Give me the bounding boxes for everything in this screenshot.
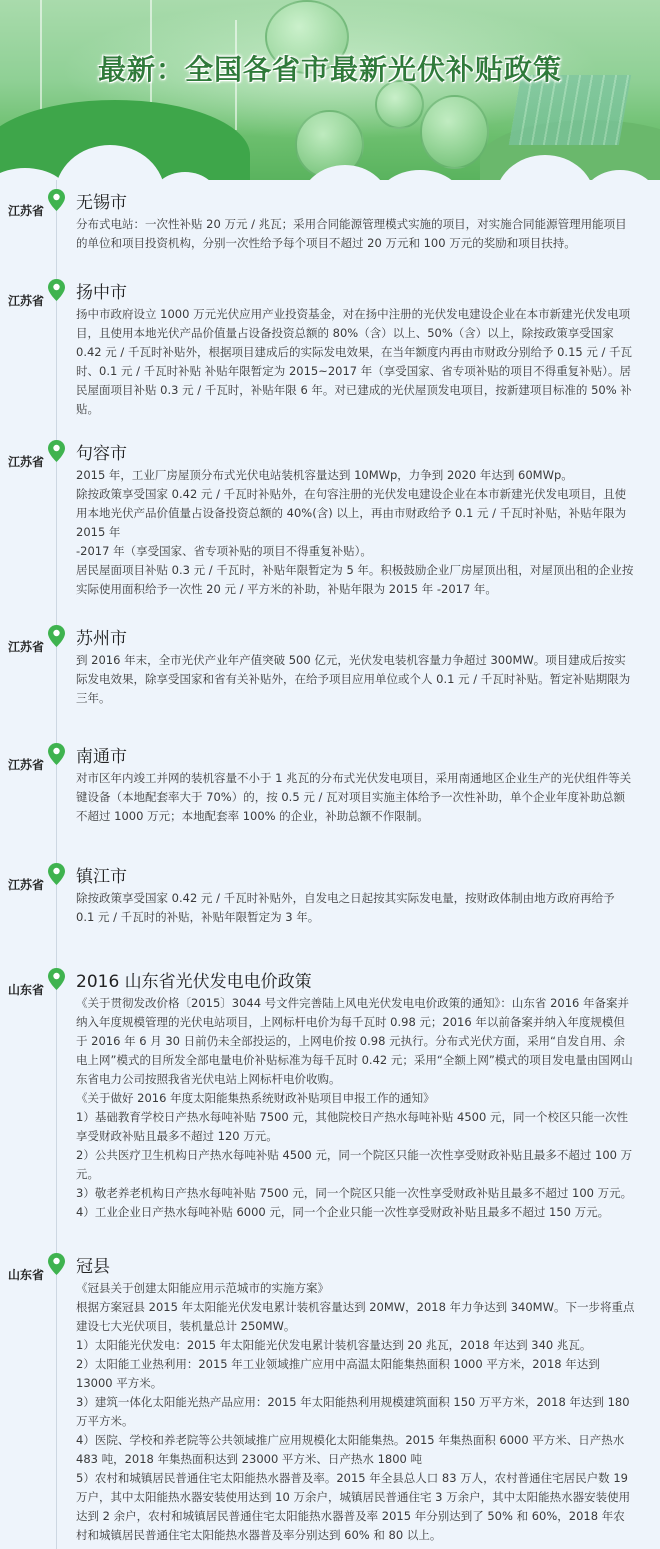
policy-paragraph: 2015 年，工业厂房屋顶分布式光伏电站装机容量达到 10MWp，力争到 202… <box>76 466 636 485</box>
policy-text: 分布式电站：一次性补贴 20 万元 / 兆瓦；采用合同能源管理模式实施的项目，对… <box>76 215 636 253</box>
policy-paragraph: 扬中市政府设立 1000 万元光伏应用产业投资基金，对在扬中注册的光伏发电建设企… <box>76 305 636 419</box>
policy-paragraph: 《关于做好 2016 年度太阳能集热系统财政补贴项目申报工作的通知》 <box>76 1089 636 1108</box>
city-title: 冠县 <box>76 1252 110 1277</box>
province-label: 江苏省 <box>8 638 44 655</box>
policy-paragraph: 《关于贯彻发改价格〔2015〕3044 号文件完善陆上风电光伏发电电价政策的通知… <box>76 994 636 1089</box>
province-label: 山东省 <box>8 1266 44 1283</box>
policy-text: 《关于贯彻发改价格〔2015〕3044 号文件完善陆上风电光伏发电电价政策的通知… <box>76 994 636 1222</box>
policy-paragraph: 2）公共医疗卫生机构日产热水每吨补贴 4500 元，同一个院区只能一次性享受财政… <box>76 1146 636 1184</box>
city-title: 扬中市 <box>76 278 127 303</box>
policy-paragraph: 5）农村和城镇居民普通住宅太阳能热水器普及率。2015 年全县总人口 83 万人… <box>76 1469 636 1545</box>
map-pin-icon <box>48 863 65 885</box>
cloud-border <box>0 140 660 180</box>
map-pin-icon <box>48 279 65 301</box>
map-pin-icon <box>48 625 65 647</box>
province-label: 江苏省 <box>8 756 44 773</box>
policy-text: 2015 年，工业厂房屋顶分布式光伏电站装机容量达到 10MWp，力争到 202… <box>76 466 636 599</box>
city-title: 无锡市 <box>76 188 127 213</box>
policy-text: 扬中市政府设立 1000 万元光伏应用产业投资基金，对在扬中注册的光伏发电建设企… <box>76 305 636 419</box>
province-label: 江苏省 <box>8 453 44 470</box>
city-title: 苏州市 <box>76 624 127 649</box>
policy-text: 除按政策享受国家 0.42 元 / 千瓦时补贴外，自发电之日起按其实际发电量，按… <box>76 889 636 927</box>
policy-paragraph: 居民屋面项目补贴 0.3 元 / 千瓦时，补贴年限暂定为 5 年。积极鼓励企业厂… <box>76 561 636 599</box>
province-label: 江苏省 <box>8 292 44 309</box>
page-title: 最新：全国各省市最新光伏补贴政策 <box>0 48 660 88</box>
policy-paragraph: 2）太阳能工业热利用：2015 年工业领域推广应用中高温太阳能集热面积 1000… <box>76 1355 636 1393</box>
map-pin-icon <box>48 440 65 462</box>
city-title: 南通市 <box>76 742 127 767</box>
policy-text: 到 2016 年末，全市光伏产业年产值突破 500 亿元，光伏发电装机容量力争超… <box>76 651 636 708</box>
map-pin-icon <box>48 1253 65 1275</box>
map-pin-icon <box>48 743 65 765</box>
policy-paragraph: 3）建筑一体化太阳能光热产品应用：2015 年太阳能热利用规模建筑面积 150 … <box>76 1393 636 1431</box>
policy-paragraph: 分布式电站：一次性补贴 20 万元 / 兆瓦；采用合同能源管理模式实施的项目，对… <box>76 215 636 253</box>
policy-paragraph: 除按政策享受国家 0.42 元 / 千瓦时补贴外，在句容注册的光伏发电建设企业在… <box>76 485 636 542</box>
policy-paragraph: 1）基础教育学校日产热水每吨补贴 7500 元，其他院校日产热水每吨补贴 450… <box>76 1108 636 1146</box>
policy-paragraph: 除按政策享受国家 0.42 元 / 千瓦时补贴外，自发电之日起按其实际发电量，按… <box>76 889 636 927</box>
policy-paragraph: 根据方案冠县 2015 年太阳能光伏发电累计装机容量达到 20MW，2018 年… <box>76 1298 636 1336</box>
policy-paragraph: 对市区年内竣工并网的装机容量不小于 1 兆瓦的分布式光伏发电项目，采用南通地区企… <box>76 769 636 826</box>
policy-paragraph: 1）太阳能光伏发电：2015 年太阳能光伏发电累计装机容量达到 20 兆瓦，20… <box>76 1336 636 1355</box>
header-banner: 最新：全国各省市最新光伏补贴政策 <box>0 0 660 180</box>
province-label: 江苏省 <box>8 876 44 893</box>
city-title: 句容市 <box>76 439 127 464</box>
policy-paragraph: 4）工业企业日产热水每吨补贴 6000 元，同一个企业只能一次性享受财政补贴且最… <box>76 1203 636 1222</box>
map-pin-icon <box>48 189 65 211</box>
policy-paragraph: 4）医院、学校和养老院等公共领域推广应用规模化太阳能集热。2015 年集热面积 … <box>76 1431 636 1469</box>
policy-paragraph: 《冠县关于创建太阳能应用示范城市的实施方案》 <box>76 1279 636 1298</box>
policy-paragraph: 到 2016 年末，全市光伏产业年产值突破 500 亿元，光伏发电装机容量力争超… <box>76 651 636 708</box>
policy-paragraph: 3）敬老养老机构日产热水每吨补贴 7500 元，同一个院区只能一次性享受财政补贴… <box>76 1184 636 1203</box>
province-label: 山东省 <box>8 981 44 998</box>
policy-text: 《冠县关于创建太阳能应用示范城市的实施方案》 根据方案冠县 2015 年太阳能光… <box>76 1279 636 1545</box>
map-pin-icon <box>48 968 65 990</box>
policy-paragraph: -2017 年（享受国家、省专项补贴的项目不得重复补贴）。 <box>76 542 636 561</box>
policy-text: 对市区年内竣工并网的装机容量不小于 1 兆瓦的分布式光伏发电项目，采用南通地区企… <box>76 769 636 826</box>
province-label: 江苏省 <box>8 202 44 219</box>
city-title: 2016 山东省光伏发电电价政策 <box>76 967 312 992</box>
city-title: 镇江市 <box>76 862 127 887</box>
